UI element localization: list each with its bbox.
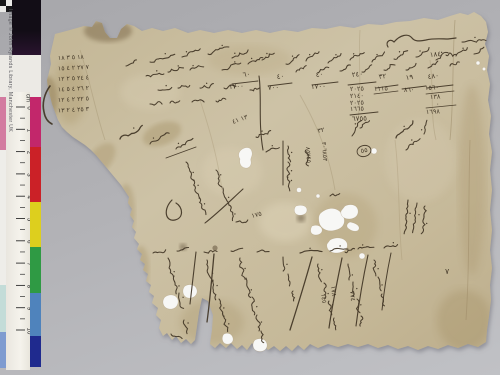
svg-text:٨٥٧٤٥: ٨٥٧٤٥ <box>304 147 312 164</box>
svg-text:١٧٠٠: ١٧٠٠ <box>311 82 326 91</box>
svg-text:١٦٩٨: ١٦٩٨ <box>426 107 441 116</box>
svg-text:١٥٦٠: ١٥٦٠ <box>425 83 439 92</box>
svg-text:٤٨٠: ٤٨٠ <box>427 71 439 80</box>
svg-text:٧٠٠: ٧٠٠ <box>268 83 280 92</box>
svg-text:٦٧٥٥: ٦٧٥٥ <box>352 114 368 123</box>
svg-text:٢٤٠: ٢٤٠ <box>351 70 363 79</box>
svg-text:١١١٥: ١١١٥ <box>374 84 389 93</box>
svg-text:١٧٨: ١٧٨ <box>329 285 338 297</box>
svg-text:٧٧٤: ٧٧٤ <box>348 290 357 301</box>
svg-text:٧: ٧ <box>445 267 450 276</box>
svg-text:٦٠: ٦٠ <box>242 70 251 79</box>
digitized-manuscript-photo: RylandsGenizahfragmentC 105-2 cm01234567… <box>0 0 500 375</box>
svg-text:٣٢: ٣٢ <box>378 72 387 81</box>
svg-text:٤٠: ٤٠ <box>315 70 324 79</box>
svg-text:١٨ ٥ ٣ ١٨: ١٨ ٥ ٣ ١٨ <box>58 54 85 62</box>
svg-text:١٧٠٠: ١٧٠٠ <box>229 82 245 91</box>
manuscript-fragment: ٦٠١٧٠٠٤٠٧٠٠٤٠١٧٠٠٢٤٠٢٠٢٥٢١٤٠٢٠٢٥١٦٦٥٦٧٥٥… <box>0 0 500 375</box>
svg-text:١٩: ١٩ <box>405 73 414 82</box>
svg-text:٨٦٠: ٨٦٠ <box>404 85 415 94</box>
svg-text:١٨٤: ١٨٤ <box>429 50 441 59</box>
svg-text:٣٠٦٨٥٣: ٣٠٦٨٥٣ <box>320 142 328 163</box>
svg-text:٤٠: ٤٠ <box>276 72 285 81</box>
svg-text:١٦٦٥: ١٦٦٥ <box>350 104 365 113</box>
